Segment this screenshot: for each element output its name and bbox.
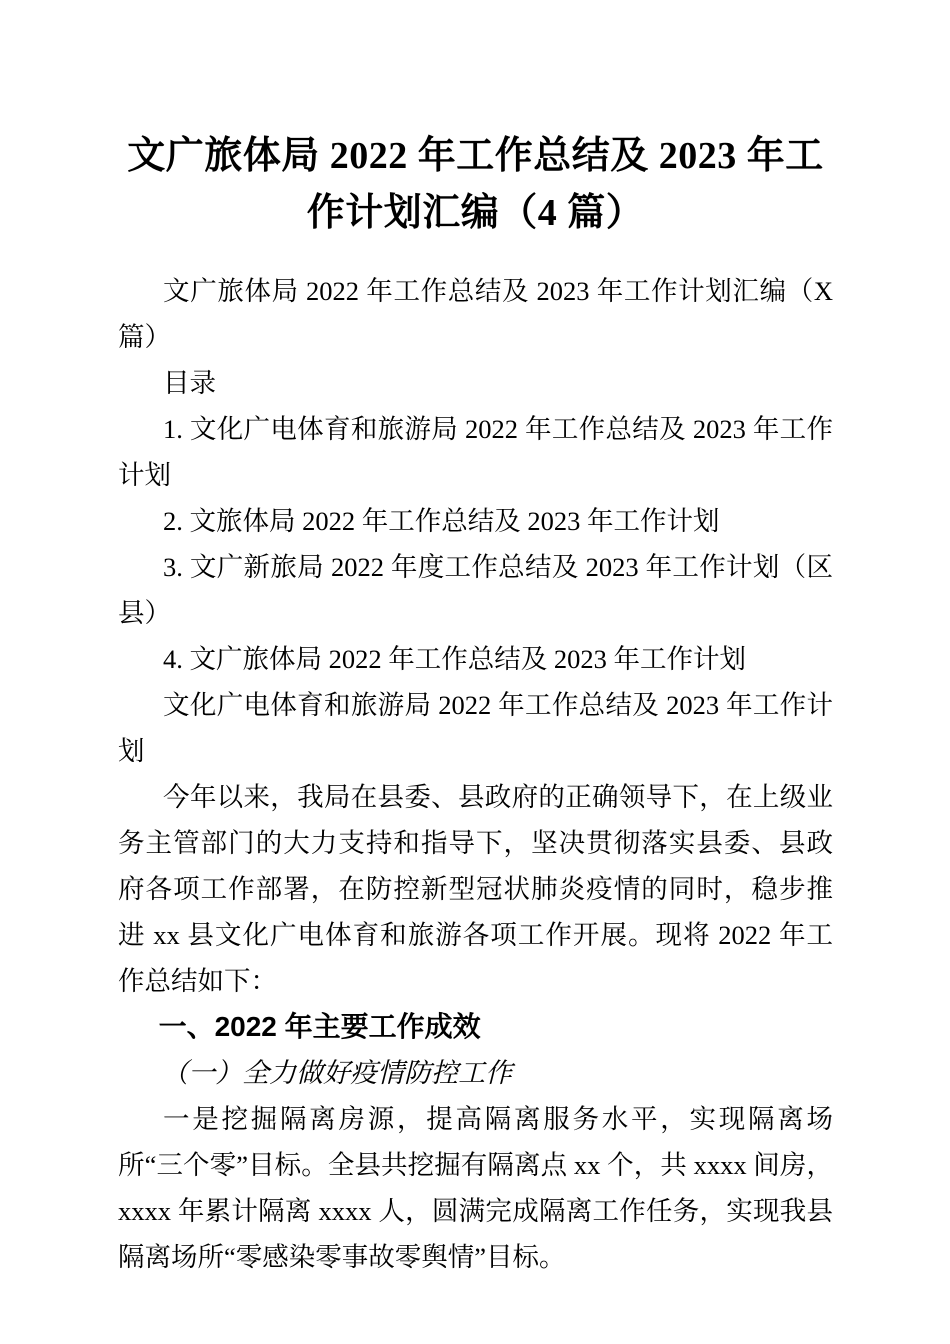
intro-paragraph: 今年以来，我局在县委、县政府的正确领导下，在上级业务主管部门的大力支持和指导下，… [118,774,833,1004]
body-paragraph: 一是挖掘隔离房源，提高隔离服务水平，实现隔离场所“三个零”目标。全县共挖掘有隔离… [118,1096,833,1280]
section-heading: 一、2022 年主要工作成效 [118,1004,833,1050]
article-title: 文化广电体育和旅游局 2022 年工作总结及 2023 年工作计划 [118,682,833,774]
document-page: 文广旅体局 2022 年工作总结及 2023 年工作计划汇编（4 篇） 文广旅体… [0,0,950,1344]
toc-item-3: 3. 文广新旅局 2022 年度工作总结及 2023 年工作计划（区县） [118,544,833,636]
compilation-subtitle: 文广旅体局 2022 年工作总结及 2023 年工作计划汇编（X 篇） [118,268,833,360]
toc-heading: 目录 [118,360,833,406]
toc-item-4: 4. 文广旅体局 2022 年工作总结及 2023 年工作计划 [118,636,833,682]
document-title: 文广旅体局 2022 年工作总结及 2023 年工作计划汇编（4 篇） [118,128,833,242]
toc-item-1: 1. 文化广电体育和旅游局 2022 年工作总结及 2023 年工作计划 [118,406,833,498]
subsection-heading: （一）全力做好疫情防控工作 [118,1050,833,1096]
toc-item-2: 2. 文旅体局 2022 年工作总结及 2023 年工作计划 [118,498,833,544]
